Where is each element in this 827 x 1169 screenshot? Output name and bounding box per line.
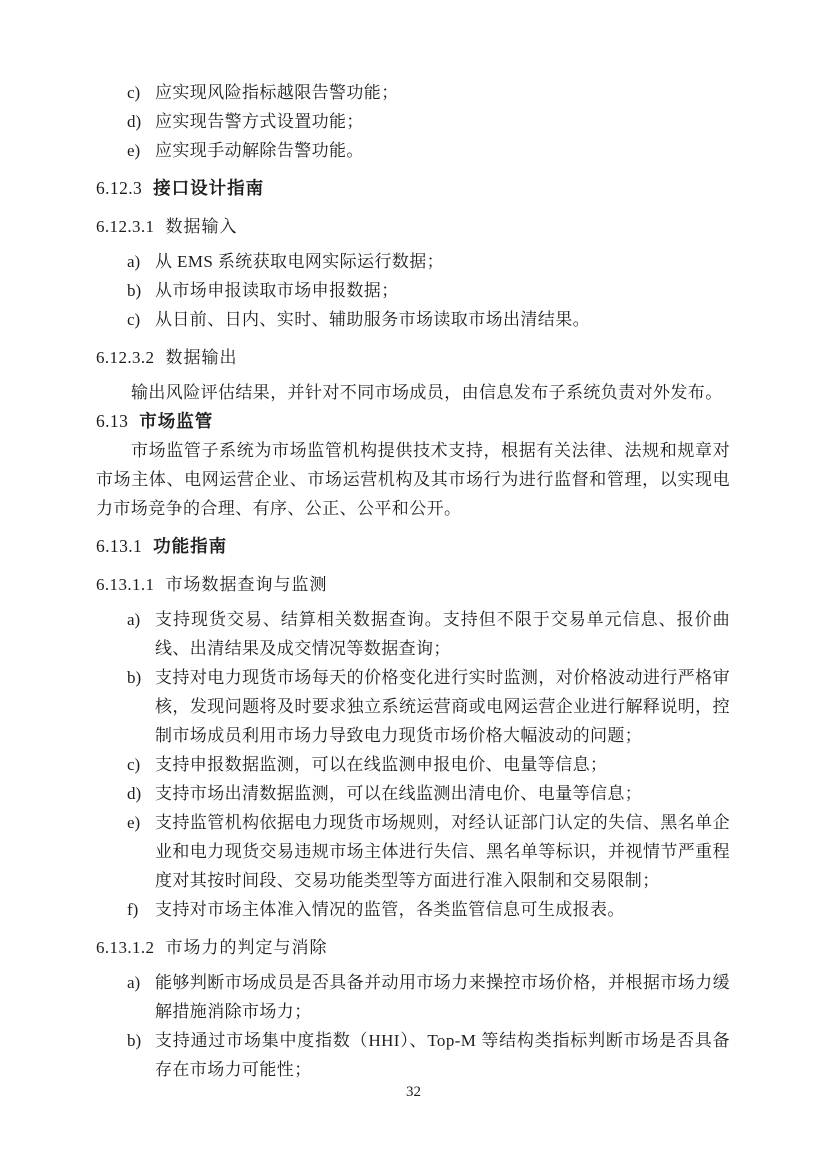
list-item-marker: a) — [127, 605, 140, 634]
section-title: 市场力的判定与消除 — [165, 938, 327, 957]
section-title: 接口设计指南 — [153, 178, 264, 198]
list-item-marker: c) — [127, 305, 140, 334]
list-item-marker: b) — [127, 1026, 141, 1055]
alarm-function-list: c) 应实现风险指标越限告警功能； d) 应实现告警方式设置功能； e) 应实现… — [96, 78, 730, 165]
list-item-text: 支持申报数据监测，可以在线监测申报电价、电量等信息； — [155, 755, 607, 774]
list-item: b) 支持通过市场集中度指数（HHI）、Top-M 等结构类指标判断市场是否具备… — [96, 1026, 730, 1084]
section-number: 6.13 — [96, 411, 128, 431]
section-title: 市场监管 — [139, 411, 213, 431]
section-heading-6-12-3-1: 6.12.3.1数据输入 — [96, 212, 730, 241]
section-heading-6-13: 6.13市场监管 — [96, 407, 730, 436]
section-number: 6.13.1.2 — [96, 938, 154, 957]
section-number: 6.12.3.2 — [96, 348, 154, 367]
list-item-text: 支持对市场主体准入情况的监管，各类监管信息可生成报表。 — [155, 900, 625, 919]
list-item: c) 从日前、日内、实时、辅助服务市场读取市场出清结果。 — [96, 305, 730, 334]
list-item: d) 应实现告警方式设置功能； — [96, 107, 730, 136]
list-item-text: 支持现货交易、结算相关数据查询。支持但不限于交易单元信息、报价曲线、出清结果及成… — [155, 610, 730, 658]
list-item-text: 从日前、日内、实时、辅助服务市场读取市场出清结果。 — [155, 310, 590, 329]
section-heading-6-13-1: 6.13.1功能指南 — [96, 532, 730, 561]
list-item-text: 从市场申报读取市场申报数据； — [155, 281, 399, 300]
data-input-list: a) 从 EMS 系统获取电网实际运行数据； b) 从市场申报读取市场申报数据；… — [96, 247, 730, 334]
market-power-list: a) 能够判断市场成员是否具备并动用市场力来操控市场价格，并根据市场力缓解措施消… — [96, 968, 730, 1084]
market-data-query-list: a) 支持现货交易、结算相关数据查询。支持但不限于交易单元信息、报价曲线、出清结… — [96, 605, 730, 924]
section-heading-6-13-1-2: 6.13.1.2市场力的判定与消除 — [96, 933, 730, 962]
section-number: 6.13.1.1 — [96, 575, 154, 594]
list-item: b) 支持对电力现货市场每天的价格变化进行实时监测，对价格波动进行严格审核，发现… — [96, 663, 730, 750]
section-title: 数据输入 — [165, 217, 237, 236]
list-item-text: 支持监管机构依据电力现货市场规则，对经认证部门认定的失信、黑名单企业和电力现货交… — [155, 813, 730, 890]
document-page: c) 应实现风险指标越限告警功能； d) 应实现告警方式设置功能； e) 应实现… — [0, 0, 827, 1169]
list-item: f) 支持对市场主体准入情况的监管，各类监管信息可生成报表。 — [96, 895, 730, 924]
data-output-paragraph: 输出风险评估结果，并针对不同市场成员，由信息发布子系统负责对外发布。 — [96, 378, 730, 407]
list-item-marker: e) — [127, 808, 140, 837]
list-item: a) 能够判断市场成员是否具备并动用市场力来操控市场价格，并根据市场力缓解措施消… — [96, 968, 730, 1026]
page-number: 32 — [0, 1082, 827, 1102]
list-item: a) 支持现货交易、结算相关数据查询。支持但不限于交易单元信息、报价曲线、出清结… — [96, 605, 730, 663]
list-item-marker: c) — [127, 750, 140, 779]
list-item-text: 支持通过市场集中度指数（HHI）、Top-M 等结构类指标判断市场是否具备存在市… — [155, 1031, 730, 1079]
list-item-marker: d) — [127, 779, 141, 808]
list-item-text: 能够判断市场成员是否具备并动用市场力来操控市场价格，并根据市场力缓解措施消除市场… — [155, 973, 730, 1021]
list-item-marker: d) — [127, 107, 141, 136]
list-item: e) 支持监管机构依据电力现货市场规则，对经认证部门认定的失信、黑名单企业和电力… — [96, 808, 730, 895]
list-item-text: 从 EMS 系统获取电网实际运行数据； — [155, 252, 444, 271]
list-item-text: 应实现风险指标越限告警功能； — [155, 83, 399, 102]
page-content: c) 应实现风险指标越限告警功能； d) 应实现告警方式设置功能； e) 应实现… — [96, 78, 730, 1084]
list-item-marker: f) — [127, 895, 138, 924]
market-supervision-paragraph: 市场监管子系统为市场监管机构提供技术支持，根据有关法律、法规和规章对市场主体、电… — [96, 436, 730, 523]
section-title: 数据输出 — [165, 348, 237, 367]
list-item-marker: a) — [127, 968, 140, 997]
section-number: 6.13.1 — [96, 536, 142, 556]
section-title: 市场数据查询与监测 — [165, 575, 327, 594]
section-heading-6-13-1-1: 6.13.1.1市场数据查询与监测 — [96, 570, 730, 599]
list-item-text: 应实现告警方式设置功能； — [155, 112, 364, 131]
list-item-marker: b) — [127, 276, 141, 305]
section-heading-6-12-3: 6.12.3接口设计指南 — [96, 174, 730, 203]
list-item: e) 应实现手动解除告警功能。 — [96, 136, 730, 165]
list-item-marker: a) — [127, 247, 140, 276]
list-item: c) 支持申报数据监测，可以在线监测申报电价、电量等信息； — [96, 750, 730, 779]
section-heading-6-12-3-2: 6.12.3.2数据输出 — [96, 343, 730, 372]
list-item-text: 应实现手动解除告警功能。 — [155, 141, 364, 160]
section-title: 功能指南 — [153, 536, 227, 556]
list-item: b) 从市场申报读取市场申报数据； — [96, 276, 730, 305]
list-item-marker: e) — [127, 136, 140, 165]
list-item: c) 应实现风险指标越限告警功能； — [96, 78, 730, 107]
list-item-text: 支持对电力现货市场每天的价格变化进行实时监测，对价格波动进行严格审核，发现问题将… — [155, 668, 730, 745]
list-item-text: 支持市场出清数据监测，可以在线监测出清电价、电量等信息； — [155, 784, 642, 803]
section-number: 6.12.3 — [96, 178, 142, 198]
list-item-marker: c) — [127, 78, 140, 107]
list-item: a) 从 EMS 系统获取电网实际运行数据； — [96, 247, 730, 276]
section-number: 6.12.3.1 — [96, 217, 154, 236]
list-item: d) 支持市场出清数据监测，可以在线监测出清电价、电量等信息； — [96, 779, 730, 808]
list-item-marker: b) — [127, 663, 141, 692]
